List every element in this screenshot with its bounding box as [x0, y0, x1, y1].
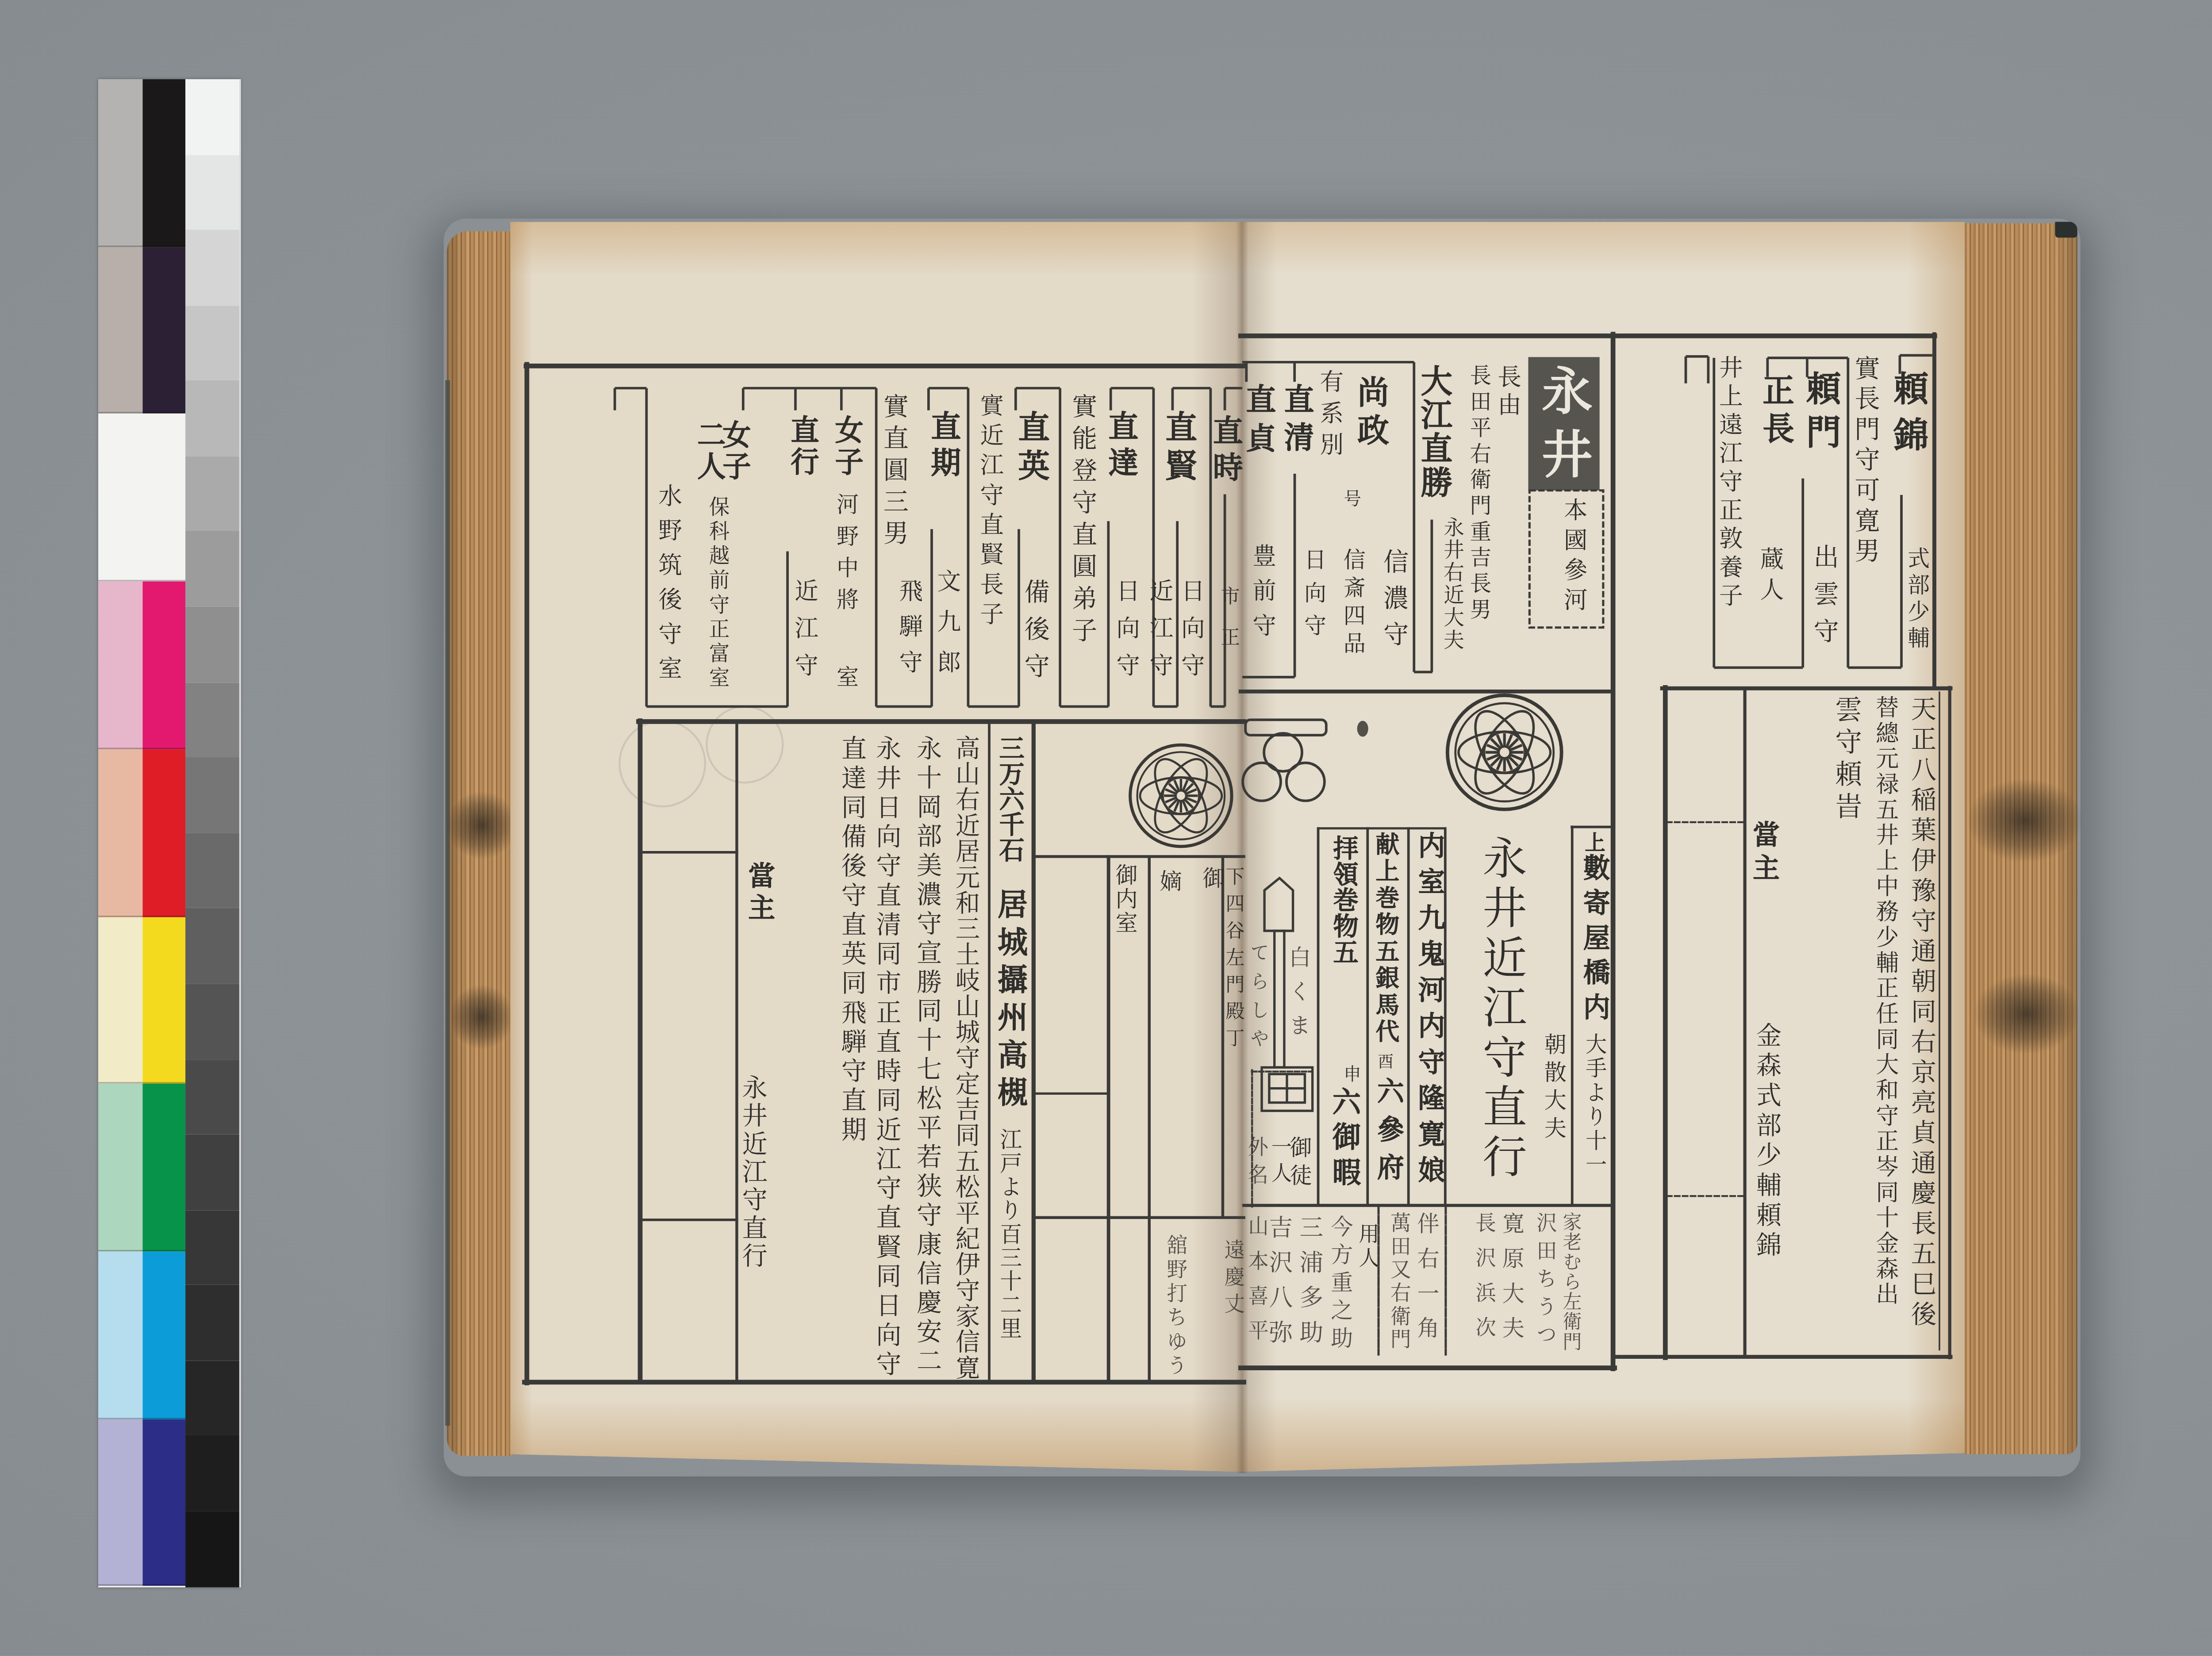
genealogy-name: 直時 [1210, 415, 1240, 488]
current-lord-name: 永井近江守直行 [740, 1073, 765, 1270]
heir-label: 嫡 [1158, 870, 1180, 893]
retainer-name: 山本喜平 [1245, 1215, 1266, 1354]
upper-residence: 數寄屋橋内 [1578, 853, 1605, 1027]
retainer-name: 寛原大夫 [1501, 1212, 1523, 1351]
castle-history-line: 直達同備後守直英同飛騨守直期 [839, 735, 864, 1145]
ink-stain [1357, 721, 1368, 737]
retainer-name: 遠慶丈 [1221, 1238, 1242, 1319]
home-province: 本國參河 [1562, 497, 1586, 617]
castle-history-line: 高山右近居元和三土岐山城守定吉同五松平紀伊守家信寛 [952, 735, 977, 1380]
genealogy-note: 長田平右衛門重吉長男 [1466, 364, 1487, 624]
genealogy-name: 長由 [1496, 364, 1520, 420]
genealogy-note: 水野筑後守室 [657, 483, 681, 690]
crest-circle [1286, 763, 1325, 801]
photo-stage: 直時 市正 日向守 直賢 近江守 直達 日向守 實能登守直圓弟子 直英 備後守 … [0, 0, 2212, 1656]
current-lord-label: 當主 [1748, 820, 1775, 886]
family-crest-icon [1130, 745, 1232, 847]
genealogy-note: 室 [835, 665, 857, 687]
lower-residence: 下四谷左門殿丁 [1225, 866, 1244, 1054]
retainer-name: 伴右一角 [1416, 1212, 1438, 1351]
genealogy-name: 直達 [1105, 410, 1135, 483]
residence-distance: 大手より十一 [1581, 1033, 1602, 1178]
crest-circle [1243, 763, 1281, 801]
family-crest-icon [1448, 695, 1562, 809]
retainer-role: 用人 [1356, 1223, 1376, 1270]
castle-history-line: 永十岡部美濃守宣勝同十七松平若狭守康信慶安二 [914, 735, 940, 1376]
current-lord-label: 當主 [743, 861, 770, 924]
genealogy-title: 市正 [1220, 586, 1239, 668]
retainer-name: 三浦多助 [1298, 1215, 1322, 1354]
genealogy-title: 備後守 [1022, 578, 1047, 690]
genealogy-note: 号 [1343, 489, 1360, 506]
castle-history-line: 替總元禄五井上中務少輔正任同大和守正岑同十金森出 [1873, 695, 1896, 1307]
clan-name: 永井 [1539, 364, 1590, 491]
genealogy-title: 信濃守 [1381, 548, 1406, 657]
retainer-name: 長沢浜次 [1472, 1212, 1493, 1351]
genealogy-name: 直行 [787, 415, 816, 478]
genealogy-title: 日向守 [1115, 578, 1139, 690]
tribute-sankin: 六參府 [1372, 1077, 1399, 1192]
genealogy-title: 近江守 [793, 578, 817, 690]
show-through-circle [707, 706, 783, 782]
genealogy-note: 井上遠江守正敦養子 [1717, 355, 1741, 612]
wife-label: 御内室 [1114, 863, 1136, 935]
retainer-name: 沢田ちうつ [1533, 1212, 1554, 1351]
upper-residence-mark: 上 [1582, 832, 1602, 852]
genealogy-name: 女子 [832, 415, 860, 478]
genealogy-title: 日向守 [1180, 578, 1204, 690]
genealogy-title: 豊前守 [1251, 543, 1275, 647]
genealogy-name: 直賢 [1163, 410, 1195, 488]
retainer-name: 今方重之助 [1329, 1215, 1352, 1354]
genealogy-name: 二人 [694, 420, 722, 483]
attendants-label: 御徒 [1288, 1135, 1310, 1191]
attendants-count: 一人 [1268, 1135, 1289, 1188]
spear-sheath [1264, 878, 1293, 931]
spear-note: てらしや [1249, 943, 1268, 1058]
granted-year: 申 [1343, 1064, 1360, 1081]
genealogy-note: 河野中將 [835, 493, 857, 620]
tribute: 献上巻物五銀馬代 [1374, 832, 1398, 1046]
three-circles-crest-icon [1243, 720, 1326, 801]
attendants-other: 外名 [1244, 1135, 1265, 1191]
genealogy-title: 文九郎 [936, 569, 960, 690]
castle-history-line: 雲守頼旹 [1830, 695, 1857, 824]
current-lord-name: 金森式部少輔頼錦 [1754, 1021, 1779, 1261]
genealogy-name: 頼門 [1804, 371, 1839, 457]
genealogy-name: 直清 [1281, 383, 1311, 459]
retainer-name: 家老むら左衛門 [1562, 1212, 1581, 1352]
genealogy-name: 直期 [928, 410, 958, 483]
lord-name: 永井近江守直行 [1479, 835, 1524, 1183]
retainer-name: 舘野打ちゆう [1164, 1234, 1184, 1379]
genealogy-note: 實能登守直圓弟子 [1070, 393, 1095, 649]
distance-from-edo: 江戸より百三十二里 [998, 1127, 1021, 1340]
genealogy-note: 有系別 [1318, 370, 1342, 464]
granted: 拝領巻物五 [1331, 835, 1356, 965]
lord-wife: 内室九鬼河内守隆寛娘 [1413, 832, 1440, 1192]
genealogy-note: 實直圓三男 [881, 393, 906, 551]
genealogy-title: 飛騨守 [898, 578, 922, 685]
court-rank: 朝散大夫 [1543, 1033, 1565, 1145]
retainer-name: 吉沢八弥 [1267, 1215, 1291, 1354]
genealogy-name: 正長 [1760, 373, 1792, 449]
genealogy-name: 頼錦 [1891, 371, 1926, 462]
genealogy-title: 永井右近大夫 [1440, 517, 1461, 652]
genealogy-note: 實長門守可寛男 [1852, 355, 1878, 568]
genealogy-note: 實近江守直賢長子 [979, 393, 1002, 631]
show-through-circle [619, 721, 705, 806]
tribute-year: 酉 [1374, 1054, 1390, 1069]
genealogy-title: 近江守 [1148, 578, 1172, 690]
stipend: 三万六千石 [997, 735, 1022, 862]
castle-history-line: 天正八稲葉伊豫守通朝同右京亮貞通慶長五巳後 [1909, 695, 1934, 1331]
genealogy-title: 蔵人 [1759, 546, 1782, 607]
castle-history-line: 永井日向守直清同市正直時同近江守直賢同日向守 [874, 735, 899, 1380]
granted-leave: 六御暇 [1329, 1086, 1358, 1192]
honorific-label: 御 [1201, 866, 1223, 889]
spear-label: 白くま [1287, 947, 1310, 1049]
spear-shaft [1275, 931, 1284, 1068]
genealogy-note: 保科越前守正富室 [706, 496, 727, 691]
genealogy-title: 出雲守 [1811, 543, 1836, 655]
genealogy-name: 直英 [1016, 410, 1048, 488]
genealogy-name: 直貞 [1243, 383, 1273, 461]
castle: 居城攝州高槻 [995, 888, 1025, 1113]
genealogy-name: 大江直勝 [1418, 364, 1450, 499]
retainer-name: 萬田又右衛門 [1387, 1212, 1408, 1352]
genealogy-title: 日向守 [1302, 548, 1325, 647]
genealogy-title: 式部少輔 [1906, 546, 1928, 652]
genealogy-note: 信斎四品 [1342, 548, 1364, 659]
genealogy-name: 尚政 [1355, 375, 1387, 451]
